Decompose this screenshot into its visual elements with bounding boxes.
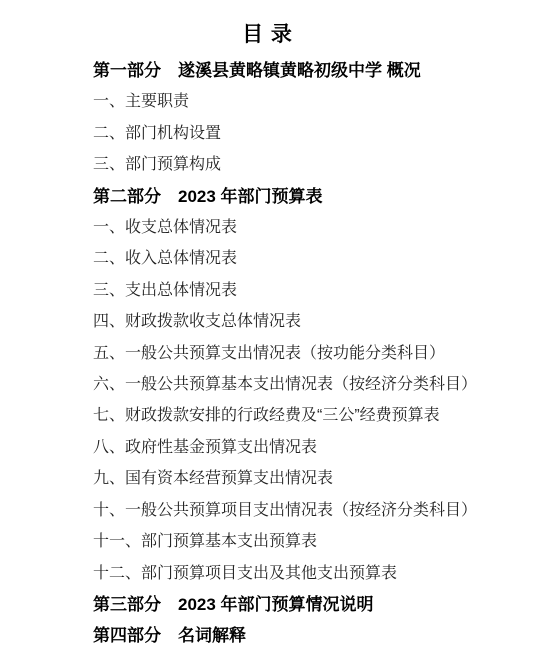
toc-item: 六、一般公共预算基本支出情况表（按经济分类科目） — [93, 369, 539, 400]
toc-item: 一、收支总体情况表 — [93, 212, 539, 243]
toc-item: 四、财政拨款收支总体情况表 — [93, 306, 539, 337]
page-title: 目 录 — [0, 22, 535, 48]
toc-item: 二、部门机构设置 — [93, 118, 539, 149]
toc-item: 二、收入总体情况表 — [93, 243, 539, 274]
toc-section-heading: 第三部分 2023 年部门预算情况说明 — [93, 589, 539, 620]
toc-section-heading: 第一部分 遂溪县黄略镇黄略初级中学 概况 — [93, 55, 539, 86]
toc-item: 十一、部门预算基本支出预算表 — [93, 526, 539, 557]
toc-item: 九、国有资本经营预算支出情况表 — [93, 463, 539, 494]
toc-entries: 第一部分 遂溪县黄略镇黄略初级中学 概况一、主要职责二、部门机构设置三、部门预算… — [0, 55, 559, 652]
toc-item: 十、一般公共预算项目支出情况表（按经济分类科目） — [93, 495, 539, 526]
toc-item: 十二、部门预算项目支出及其他支出预算表 — [93, 558, 539, 589]
toc-item: 一、主要职责 — [93, 86, 539, 117]
toc-item: 三、部门预算构成 — [93, 149, 539, 180]
toc-item: 五、一般公共预算支出情况表（按功能分类科目） — [93, 338, 539, 369]
toc-item: 七、财政拨款安排的行政经费及“三公”经费预算表 — [93, 400, 539, 431]
toc-item: 三、支出总体情况表 — [93, 275, 539, 306]
toc-item: 八、政府性基金预算支出情况表 — [93, 432, 539, 463]
toc-section-heading: 第二部分 2023 年部门预算表 — [93, 181, 539, 212]
document-page: 目 录 第一部分 遂溪县黄略镇黄略初级中学 概况一、主要职责二、部门机构设置三、… — [0, 0, 559, 655]
toc-section-heading: 第四部分 名词解释 — [93, 620, 539, 651]
